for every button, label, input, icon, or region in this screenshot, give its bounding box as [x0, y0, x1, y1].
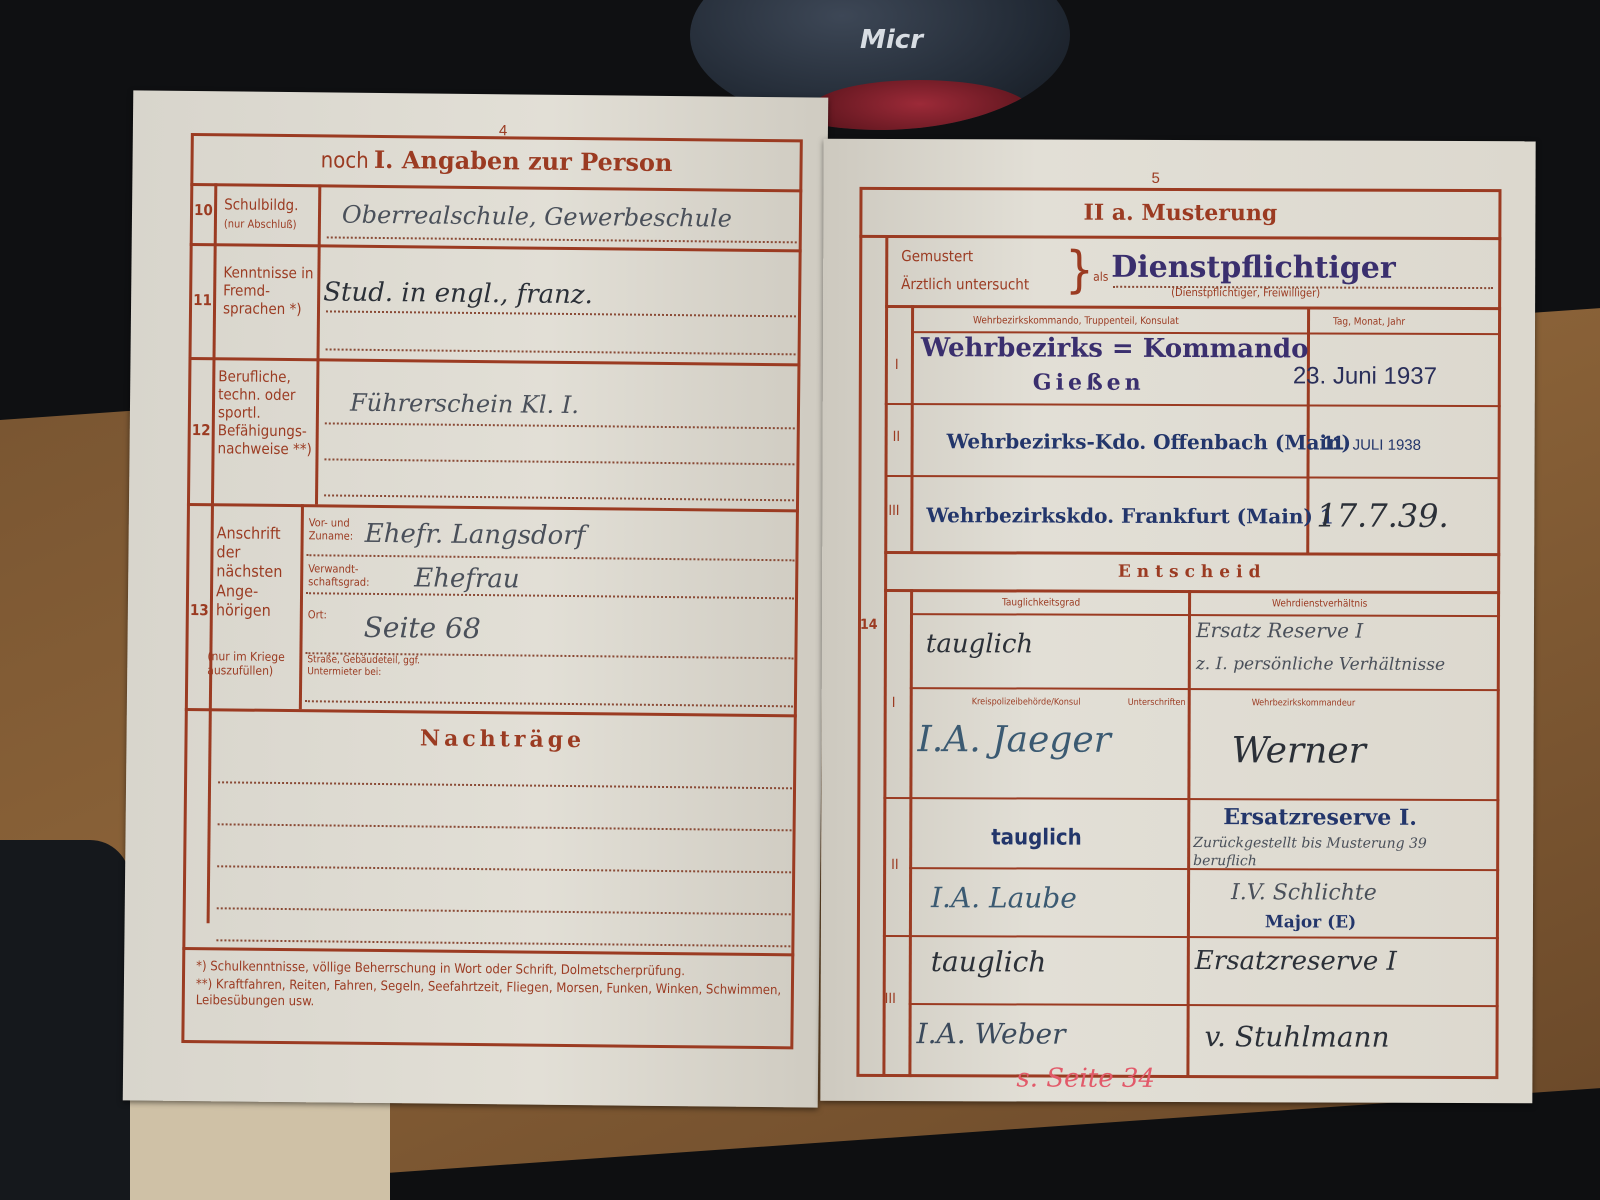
- commander-signature: v. Stuhlmann: [1204, 1020, 1389, 1054]
- status-note: Zurückgestellt bis Musterung 39 beruflic…: [1193, 834, 1493, 871]
- office-stamp-city: Gießen: [1033, 369, 1145, 395]
- mouse-red-accent: [810, 80, 1030, 130]
- left-page: 4 noch I. Angaben zur Person 10 Schulbil…: [123, 90, 829, 1107]
- als-options: (Dienstpflichtiger, Freiwilliger): [1171, 286, 1320, 300]
- row-label-note: (nur im Kriege auszufüllen): [207, 649, 303, 679]
- row-label: Anschrift der nächsten Ange-hörigen: [216, 523, 301, 620]
- signatures-header: Unterschriften: [1128, 698, 1186, 709]
- mouse-brand-logo: Micr: [860, 25, 923, 55]
- commander-title: Major (E): [1265, 912, 1356, 932]
- status-handwritten: Ersatzreserve I: [1195, 946, 1397, 977]
- row-label-note: (nur Abschluß): [224, 217, 297, 231]
- date-stamp-day: 11: [1323, 433, 1344, 456]
- row-label: Kenntnisse in Fremd-sprachen *): [223, 263, 316, 318]
- field-value-name: Ehefr. Langsdorf: [365, 519, 586, 551]
- row-label: Schulbildg.: [224, 195, 299, 214]
- page-number: 5: [1152, 170, 1160, 187]
- date-header: Tag, Monat, Jahr: [1333, 317, 1405, 329]
- status-handwritten: Ersatz Reserve I: [1196, 618, 1363, 643]
- field-label-name: Vor- und Zuname:: [309, 516, 359, 543]
- grade-handwritten: tauglich: [926, 629, 1033, 659]
- row-number: 14: [860, 617, 878, 634]
- roman-numeral: III: [888, 503, 899, 520]
- status-stamp: Ersatzreserve I.: [1223, 804, 1417, 831]
- office-header: Wehrbezirkskommando, Truppenteil, Konsul…: [973, 315, 1179, 328]
- grade-handwritten: tauglich: [931, 945, 1047, 978]
- police-signature: I.A. Weber: [917, 1017, 1066, 1051]
- date-stamp: 23. Juni 1937: [1293, 362, 1437, 391]
- grade-header: Tauglichkeitsgrad: [1002, 597, 1080, 609]
- roman-numeral: III: [885, 991, 896, 1008]
- footnote-2: **) Kraftfahren, Reiten, Fahren, Segeln,…: [196, 977, 786, 1014]
- field-label-relation: Verwandt-schaftsgrad:: [308, 562, 368, 589]
- handwritten-entry: Führerschein Kl. I.: [350, 389, 579, 419]
- row-number: 12: [192, 421, 211, 439]
- police-signature: I.A. Jaeger: [918, 719, 1111, 761]
- date-stamp-rest: JULI 1938: [1353, 437, 1421, 454]
- police-header: Kreispolizeibehörde/Konsul: [972, 697, 1081, 708]
- section-title: noch I. Angaben zur Person: [190, 143, 802, 180]
- row-number: 13: [190, 601, 209, 619]
- roman-numeral: II: [893, 429, 900, 446]
- grade-stamp: tauglich: [991, 825, 1082, 850]
- field-value-relation: Ehefrau: [414, 563, 520, 594]
- field-value-place: Seite 68: [364, 611, 481, 645]
- police-signature: I.A. Laube: [931, 881, 1077, 915]
- commander-signature: I.V. Schlichte: [1231, 880, 1377, 906]
- roman-numeral: I: [892, 695, 896, 712]
- handwritten-entry: Stud. in engl., franz.: [323, 277, 593, 310]
- row-number: 11: [193, 291, 212, 309]
- office-stamp: Wehrbezirks = Kommando: [921, 333, 1309, 364]
- roman-numeral: II: [891, 857, 898, 874]
- field-label-street: Straße, Gebäudeteil, ggf. Untermieter be…: [307, 654, 457, 680]
- entscheid-title: Entscheid: [884, 561, 1500, 583]
- office-chair: [0, 840, 130, 1200]
- row-label: Berufliche, techn. oder sportl. Befähigu…: [217, 367, 316, 458]
- als-stamp: Dienstpflichtiger: [1111, 250, 1396, 286]
- status-header: Wehrdienstverhältnis: [1272, 598, 1367, 610]
- commander-header: Wehrbezirkskommandeur: [1252, 698, 1356, 709]
- als-label: als: [1093, 270, 1108, 284]
- untersucht-label: Ärztlich untersucht: [901, 275, 1029, 293]
- gemustert-label: Gemustert: [901, 247, 973, 265]
- row-number: 10: [194, 201, 213, 219]
- section-title: II a. Musterung: [859, 199, 1501, 227]
- handwritten-date: 17.7.39.: [1316, 496, 1448, 534]
- field-label-place: Ort:: [308, 608, 327, 621]
- office-stamp: Wehrbezirks-Kdo. Offenbach (Main): [947, 429, 1352, 454]
- handwritten-entry: Oberrealschule, Gewerbeschule: [342, 201, 732, 233]
- roman-numeral: I: [895, 357, 899, 374]
- red-pencil-note: s. Seite 34: [1016, 1063, 1155, 1093]
- commander-signature: Werner: [1231, 730, 1365, 771]
- brace-icon: }: [1065, 240, 1094, 300]
- status-handwritten-note: z. I. persönliche Verhältnisse: [1196, 654, 1445, 675]
- right-page: 5 II a. Musterung 14 Gemustert Ärztlich …: [820, 139, 1535, 1103]
- office-stamp: Wehrbezirkskdo. Frankfurt (Main) 1: [926, 503, 1333, 528]
